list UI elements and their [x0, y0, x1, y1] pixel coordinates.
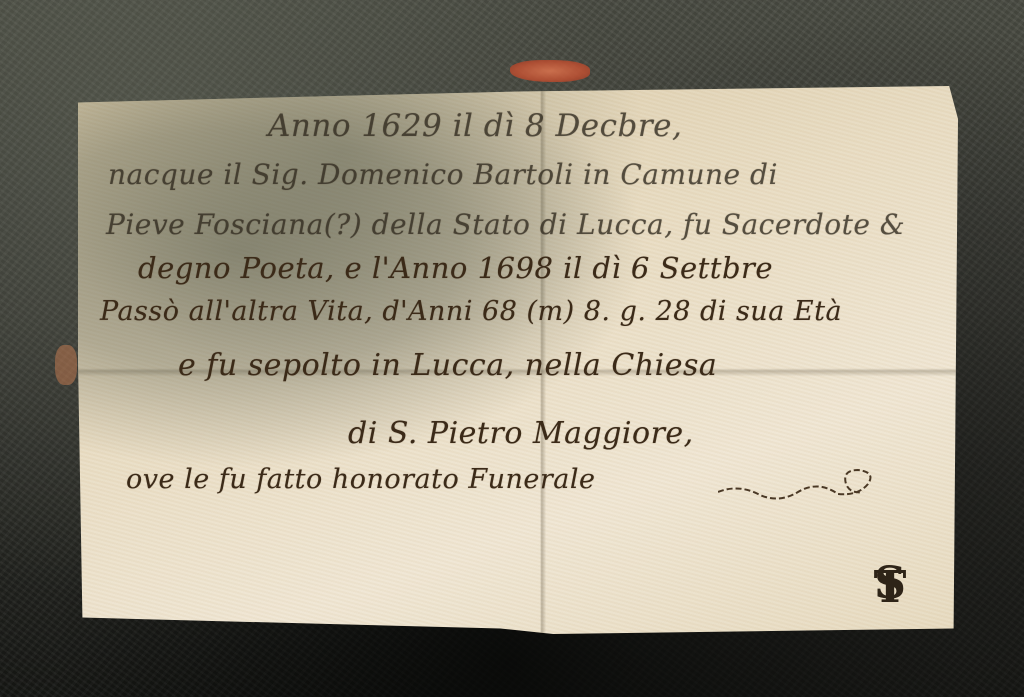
- note-line-4: degno Poeta, e l'Anno 1698 il dì 6 Settb…: [138, 251, 773, 285]
- note-text: Anno 1629 il dì 8 Decbre, nacque il Sig.…: [78, 86, 958, 634]
- handwritten-note: Anno 1629 il dì 8 Decbre, nacque il Sig.…: [78, 86, 958, 634]
- note-line-3: Pieve Fosciana(?) della Stato di Lucca, …: [106, 208, 905, 241]
- note-line-6: e fu sepolto in Lucca, nella Chiesa: [178, 348, 717, 383]
- red-wax-seal: [510, 60, 590, 82]
- note-line-2: nacque il Sig. Domenico Bartoli in Camun…: [108, 158, 778, 191]
- red-stain: [55, 345, 77, 385]
- monogram-letter-t: T: [860, 558, 920, 618]
- note-line-7: di S. Pietro Maggiore,: [348, 416, 694, 451]
- note-line-1: Anno 1629 il dì 8 Decbre,: [268, 108, 682, 144]
- flourish-icon: [718, 464, 878, 504]
- monogram-st-icon: S T: [860, 554, 920, 614]
- note-line-5: Passò all'altra Vita, d'Anni 68 (m) 8. g…: [100, 296, 842, 327]
- note-line-8: ove le fu fatto honorato Funerale: [126, 464, 595, 495]
